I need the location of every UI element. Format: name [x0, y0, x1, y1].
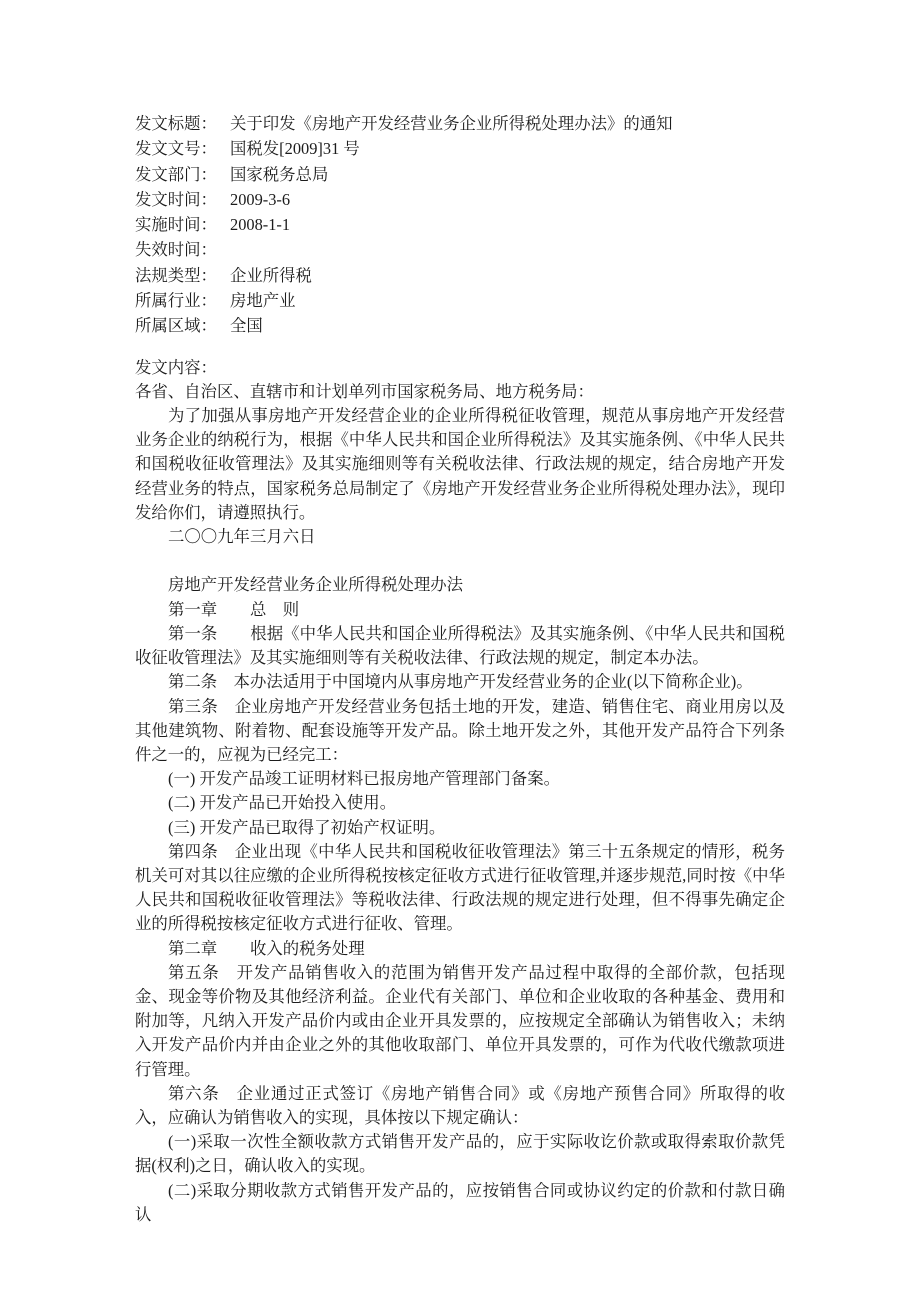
metadata-label: 发文文号：	[135, 136, 230, 161]
metadata-row: 所属行业：房地产业	[135, 288, 785, 313]
metadata-value: 企业所得税	[230, 263, 785, 288]
article: 第四条 企业出现《中华人民共和国税收征收管理法》第三十五条规定的情形，税务机关可…	[135, 840, 785, 937]
blank-line	[135, 549, 785, 573]
list-item: (二) 开发产品已开始投入使用。	[135, 791, 785, 815]
metadata-label: 实施时间：	[135, 212, 230, 237]
metadata-label: 法规类型：	[135, 263, 230, 288]
list-item: (一) 开发产品竣工证明材料已报房地产管理部门备案。	[135, 767, 785, 791]
paragraph: 为了加强从事房地产开发经营企业的企业所得税征收管理，规范从事房地产开发经营业务企…	[135, 404, 785, 525]
metadata-row: 发文部门：国家税务总局	[135, 162, 785, 187]
page: { "page": { "background": "#ffffff", "te…	[0, 0, 920, 1302]
metadata-label: 所属行业：	[135, 288, 230, 313]
metadata-value: 2009-3-6	[230, 187, 785, 212]
date-line: 二〇〇九年三月六日	[135, 525, 785, 549]
article: 第二条 本办法适用于中国境内从事房地产开发经营业务的企业(以下简称企业)。	[135, 670, 785, 694]
metadata-label: 发文时间：	[135, 187, 230, 212]
document: 发文标题：关于印发《房地产开发经营业务企业所得税处理办法》的通知发文文号：国税发…	[135, 111, 785, 1227]
metadata-label: 发文标题：	[135, 111, 230, 136]
metadata-row: 实施时间：2008-1-1	[135, 212, 785, 237]
metadata-value: 国税发[2009]31 号	[230, 136, 785, 161]
document-body: 发文内容：各省、自治区、直辖市和计划单列市国家税务局、地方税务局：为了加强从事房…	[135, 356, 785, 1227]
metadata-value: 房地产业	[230, 288, 785, 313]
salutation: 各省、自治区、直辖市和计划单列市国家税务局、地方税务局：	[135, 380, 785, 404]
metadata-label: 发文部门：	[135, 162, 230, 187]
metadata-row: 法规类型：企业所得税	[135, 263, 785, 288]
metadata-value: 全国	[230, 313, 785, 338]
metadata-section: 发文标题：关于印发《房地产开发经营业务企业所得税处理办法》的通知发文文号：国税发…	[135, 111, 785, 339]
metadata-label: 所属区域：	[135, 313, 230, 338]
metadata-row: 失效时间：	[135, 237, 785, 262]
content-label: 发文内容：	[135, 356, 785, 380]
chapter-heading: 第一章 总 则	[135, 598, 785, 622]
doc-title: 房地产开发经营业务企业所得税处理办法	[135, 573, 785, 597]
metadata-value: 国家税务总局	[230, 162, 785, 187]
metadata-label: 失效时间：	[135, 237, 230, 262]
article: 第五条 开发产品销售收入的范围为销售开发产品过程中取得的全部价款，包括现金、现金…	[135, 961, 785, 1082]
metadata-value: 2008-1-1	[230, 212, 785, 237]
metadata-value: 关于印发《房地产开发经营业务企业所得税处理办法》的通知	[230, 111, 785, 136]
metadata-row: 发文时间：2009-3-6	[135, 187, 785, 212]
chapter-heading: 第二章 收入的税务处理	[135, 937, 785, 961]
list-item: (二)采取分期收款方式销售开发产品的，应按销售合同或协议约定的价款和付款日确认	[135, 1179, 785, 1227]
article: 第三条 企业房地产开发经营业务包括土地的开发，建造、销售住宅、商业用房以及其他建…	[135, 695, 785, 768]
article: 第一条 根据《中华人民共和国企业所得税法》及其实施条例、《中华人民共和国税收征收…	[135, 622, 785, 670]
metadata-row: 发文文号：国税发[2009]31 号	[135, 136, 785, 161]
list-item: (一)采取一次性全额收款方式销售开发产品的，应于实际收讫价款或取得索取价款凭据(…	[135, 1130, 785, 1178]
metadata-row: 发文标题：关于印发《房地产开发经营业务企业所得税处理办法》的通知	[135, 111, 785, 136]
article: 第六条 企业通过正式签订《房地产销售合同》或《房地产预售合同》所取得的收入，应确…	[135, 1082, 785, 1130]
list-item: (三) 开发产品已取得了初始产权证明。	[135, 816, 785, 840]
metadata-row: 所属区域：全国	[135, 313, 785, 338]
